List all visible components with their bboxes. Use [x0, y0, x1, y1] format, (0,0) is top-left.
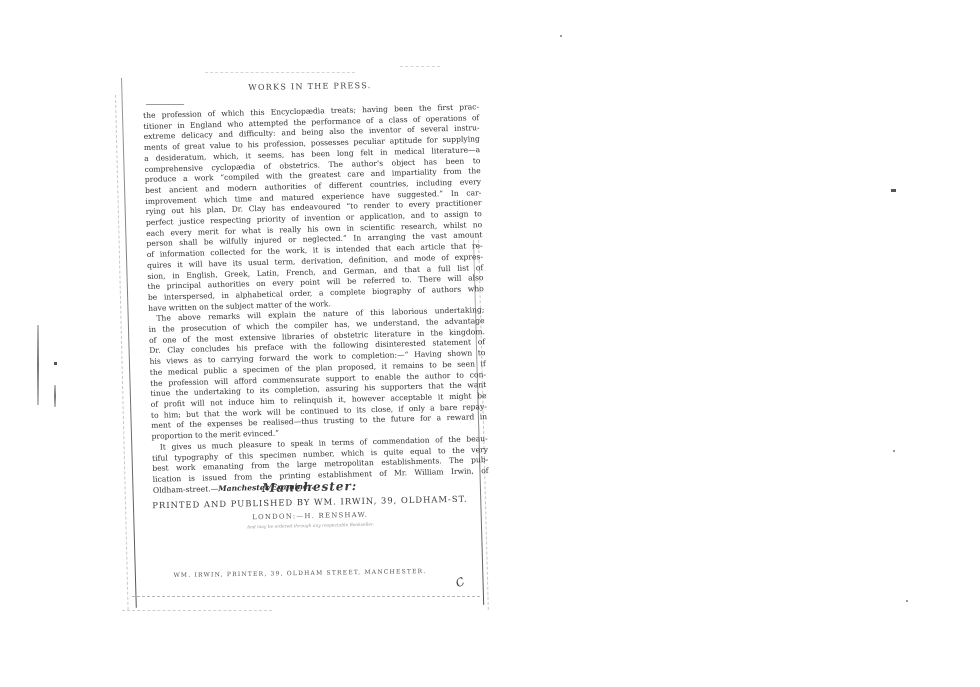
- signature-mark: C: [454, 575, 467, 590]
- page-left-edge: [121, 78, 137, 608]
- printer-footer: WM. IRWIN, PRINTER, 39, OLDHAM STREET, M…: [150, 568, 450, 580]
- scan-artifact-dot: [560, 35, 562, 37]
- scan-artifact-mark: [37, 325, 39, 405]
- scan-artifact-top-rule-2: [400, 66, 440, 67]
- scan-artifact-dot: [54, 362, 57, 365]
- paragraph-2: The above remarks will explain the natur…: [148, 305, 487, 442]
- paragraph-1: the profession of which this Encyclopædi…: [143, 102, 484, 314]
- page-bottom-edge: [132, 596, 480, 597]
- page-bottom-edge-shadow: [122, 610, 272, 611]
- page-heading: WORKS IN THE PRESS.: [130, 79, 490, 94]
- scan-artifact-mark: [54, 385, 56, 407]
- scan-artifact-top-rule: [205, 72, 355, 73]
- scan-artifact-dot: [906, 600, 908, 602]
- scan-artifact-dot: [893, 450, 895, 452]
- imprint-block: Manchester: PRINTED AND PUBLISHED BY WM.…: [150, 477, 471, 533]
- page-left-edge-shadow: [115, 95, 129, 610]
- heading-rule: [146, 104, 184, 105]
- scan-artifact-dot: [891, 189, 896, 192]
- imprint-order-note: And may be ordered through any respectab…: [150, 521, 470, 533]
- article-body: the profession of which this Encyclopædi…: [143, 102, 489, 496]
